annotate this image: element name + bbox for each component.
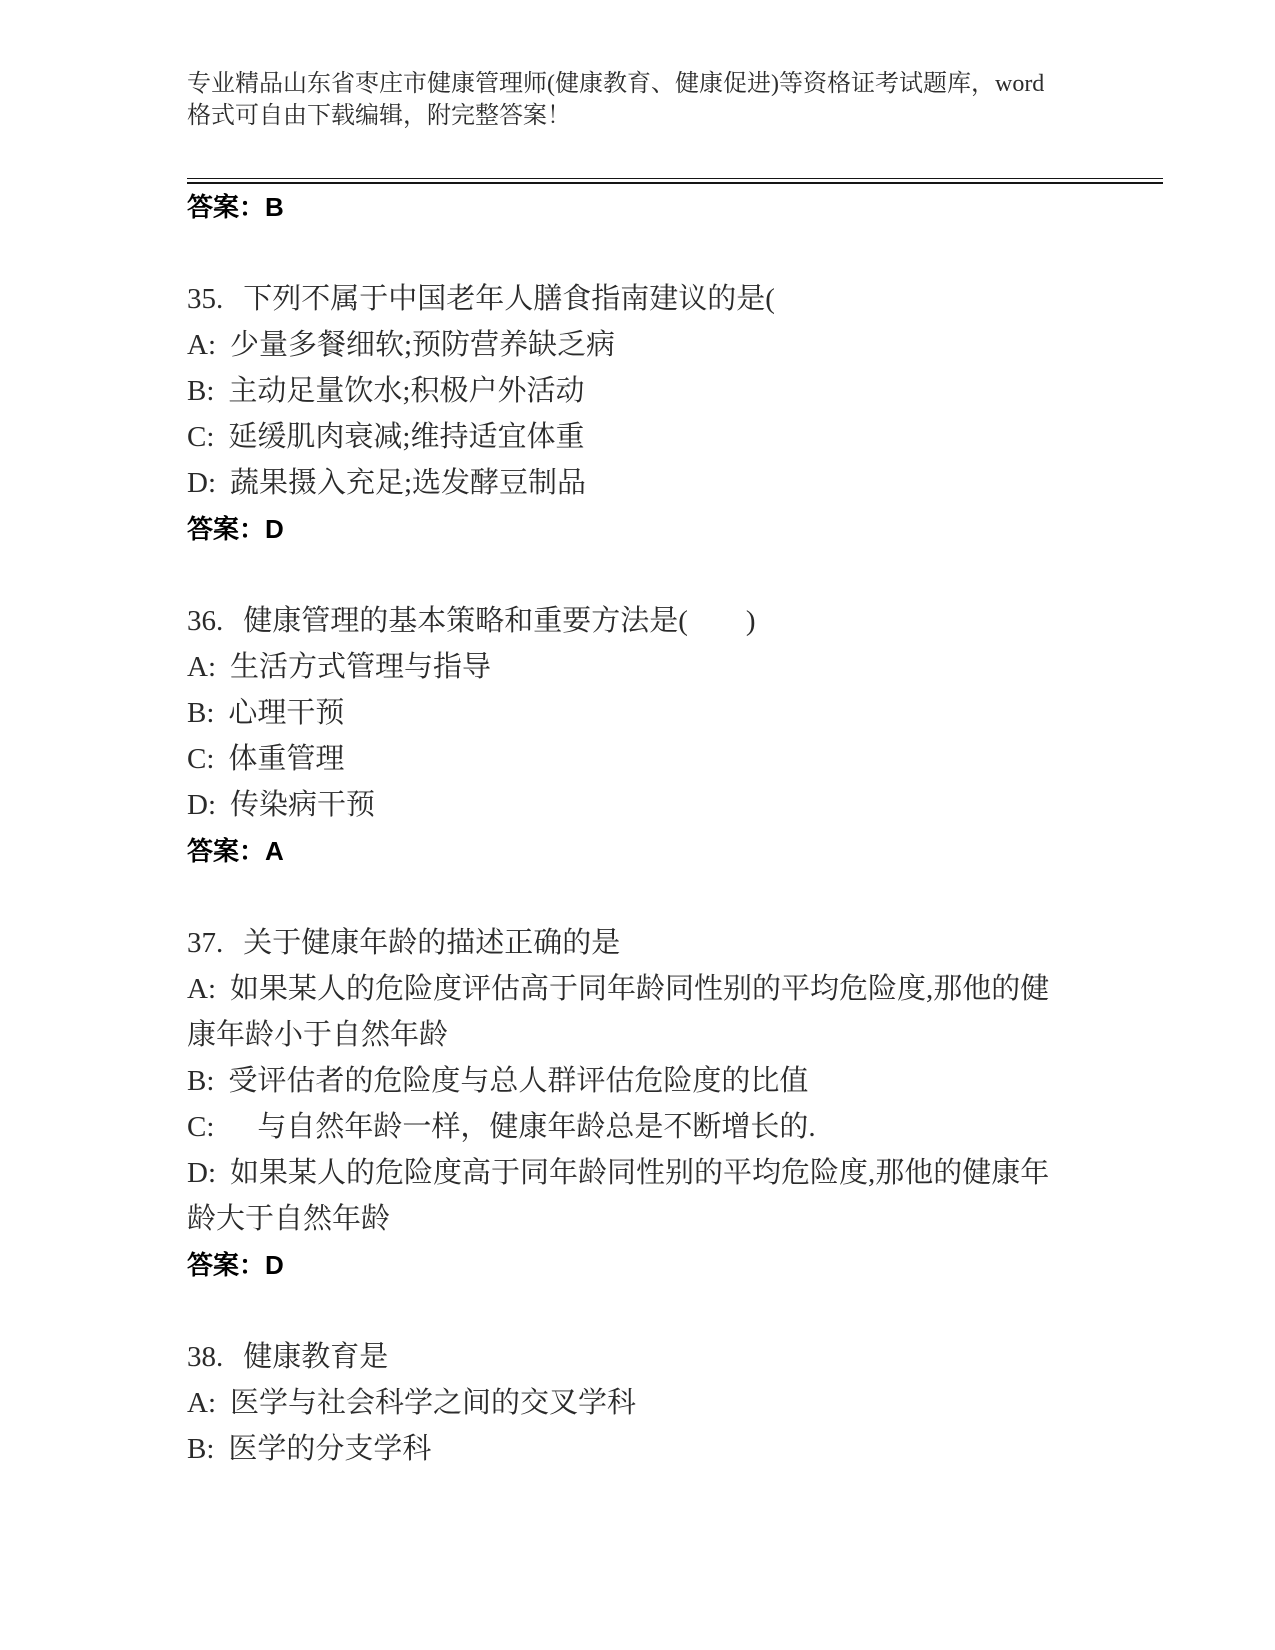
document-content: 专业精品山东省枣庄市健康管理师(健康教育、健康促进)等资格证考试题库，word … — [187, 0, 1103, 1472]
option-label: C: — [187, 743, 214, 775]
question-35-option-a: A:少量多餐细软;预防营养缺乏病 — [187, 322, 1103, 368]
option-label: A: — [187, 973, 216, 1005]
question-number: 35. — [187, 283, 223, 315]
option-text: 如果某人的危险度评估高于同年龄同性别的平均危险度,那他的健 康年龄小于自然年龄 — [187, 973, 1049, 1051]
header-line-2: 格式可自由下载编辑，附完整答案！ — [187, 100, 1103, 132]
question-37-option-b: B:受评估者的危险度与总人群评估危险度的比值 — [187, 1058, 1103, 1104]
answer-line-q36: 答案：A — [187, 828, 1103, 874]
option-text: 体重管理 — [228, 743, 344, 775]
question-text: 关于健康年龄的描述正确的是 — [243, 927, 620, 959]
option-text: 延缓肌肉衰减;维持适宜体重 — [228, 421, 584, 453]
document-page: 专业精品山东省枣庄市健康管理师(健康教育、健康促进)等资格证考试题库，word … — [0, 0, 1275, 1650]
answer-value: A — [265, 836, 284, 866]
question-35-option-c: C:延缓肌肉衰减;维持适宜体重 — [187, 414, 1103, 460]
question-35-option-d: D:蔬果摄入充足;选发酵豆制品 — [187, 460, 1103, 506]
question-35-option-b: B:主动足量饮水;积极户外活动 — [187, 368, 1103, 414]
question-36-option-a: A:生活方式管理与指导 — [187, 644, 1103, 690]
question-38-option-b: B:医学的分支学科 — [187, 1426, 1103, 1472]
option-label: D: — [187, 467, 216, 499]
option-label: B: — [187, 697, 214, 729]
question-text: 健康教育是 — [243, 1341, 388, 1373]
answer-line-q37: 答案：D — [187, 1242, 1103, 1288]
question-37-option-d: D:如果某人的危险度高于同年龄同性别的平均危险度,那他的健康年 龄大于自然年龄 — [187, 1150, 1103, 1242]
question-37-option-a: A:如果某人的危险度评估高于同年龄同性别的平均危险度,那他的健 康年龄小于自然年… — [187, 966, 1103, 1058]
question-35: 35.下列不属于中国老年人膳食指南建议的是( A:少量多餐细软;预防营养缺乏病 … — [187, 276, 1103, 552]
option-text: 心理干预 — [228, 697, 344, 729]
question-36-option-c: C:体重管理 — [187, 736, 1103, 782]
option-label: B: — [187, 375, 214, 407]
answer-label: 答案： — [187, 1250, 265, 1280]
question-37: 37.关于健康年龄的描述正确的是 A:如果某人的危险度评估高于同年龄同性别的平均… — [187, 920, 1103, 1288]
question-number: 38. — [187, 1341, 223, 1373]
question-text: 健康管理的基本策略和重要方法是( ) — [243, 605, 755, 637]
option-label: A: — [187, 651, 216, 683]
answer-value: D — [265, 1250, 284, 1280]
option-label: C: — [187, 421, 214, 453]
question-35-title: 35.下列不属于中国老年人膳食指南建议的是( — [187, 276, 1103, 322]
answer-value: B — [265, 192, 284, 222]
answer-value: D — [265, 514, 284, 544]
question-text: 下列不属于中国老年人膳食指南建议的是( — [243, 283, 775, 315]
question-37-title: 37.关于健康年龄的描述正确的是 — [187, 920, 1103, 966]
option-label: B: — [187, 1433, 214, 1465]
answer-label: 答案： — [187, 836, 265, 866]
header-line-1: 专业精品山东省枣庄市健康管理师(健康教育、健康促进)等资格证考试题库，word — [187, 68, 1103, 100]
option-label: C: — [187, 1111, 214, 1143]
option-label: A: — [187, 1387, 216, 1419]
question-number: 37. — [187, 927, 223, 959]
answer-line-q35: 答案：D — [187, 506, 1103, 552]
question-36-option-b: B:心理干预 — [187, 690, 1103, 736]
option-text: 医学与社会科学之间的交叉学科 — [230, 1387, 636, 1419]
answer-label: 答案： — [187, 514, 265, 544]
option-text: 传染病干预 — [230, 789, 375, 821]
option-text: 少量多餐细软;预防营养缺乏病 — [230, 329, 615, 361]
question-number: 36. — [187, 605, 223, 637]
question-38-title: 38.健康教育是 — [187, 1334, 1103, 1380]
option-text: 生活方式管理与指导 — [230, 651, 491, 683]
option-text: 与自然年龄一样，健康年龄总是不断增长的. — [228, 1111, 815, 1143]
option-label: A: — [187, 329, 216, 361]
option-text: 医学的分支学科 — [228, 1433, 431, 1465]
option-label: D: — [187, 1157, 216, 1189]
question-36-title: 36.健康管理的基本策略和重要方法是( ) — [187, 598, 1103, 644]
question-38: 38.健康教育是 A:医学与社会科学之间的交叉学科 B:医学的分支学科 — [187, 1334, 1103, 1472]
document-header: 专业精品山东省枣庄市健康管理师(健康教育、健康促进)等资格证考试题库，word … — [187, 68, 1103, 132]
question-38-option-a: A:医学与社会科学之间的交叉学科 — [187, 1380, 1103, 1426]
option-label: D: — [187, 789, 216, 821]
answer-label: 答案： — [187, 192, 265, 222]
question-36: 36.健康管理的基本策略和重要方法是( ) A:生活方式管理与指导 B:心理干预… — [187, 598, 1103, 874]
option-text: 受评估者的危险度与总人群评估危险度的比值 — [228, 1065, 808, 1097]
answer-line-q34: 答案：B — [187, 184, 1103, 230]
question-37-option-c: C: 与自然年龄一样，健康年龄总是不断增长的. — [187, 1104, 1103, 1150]
option-text: 如果某人的危险度高于同年龄同性别的平均危险度,那他的健康年 龄大于自然年龄 — [187, 1157, 1049, 1235]
option-text: 主动足量饮水;积极户外活动 — [228, 375, 584, 407]
question-36-option-d: D:传染病干预 — [187, 782, 1103, 828]
option-label: B: — [187, 1065, 214, 1097]
option-text: 蔬果摄入充足;选发酵豆制品 — [230, 467, 586, 499]
